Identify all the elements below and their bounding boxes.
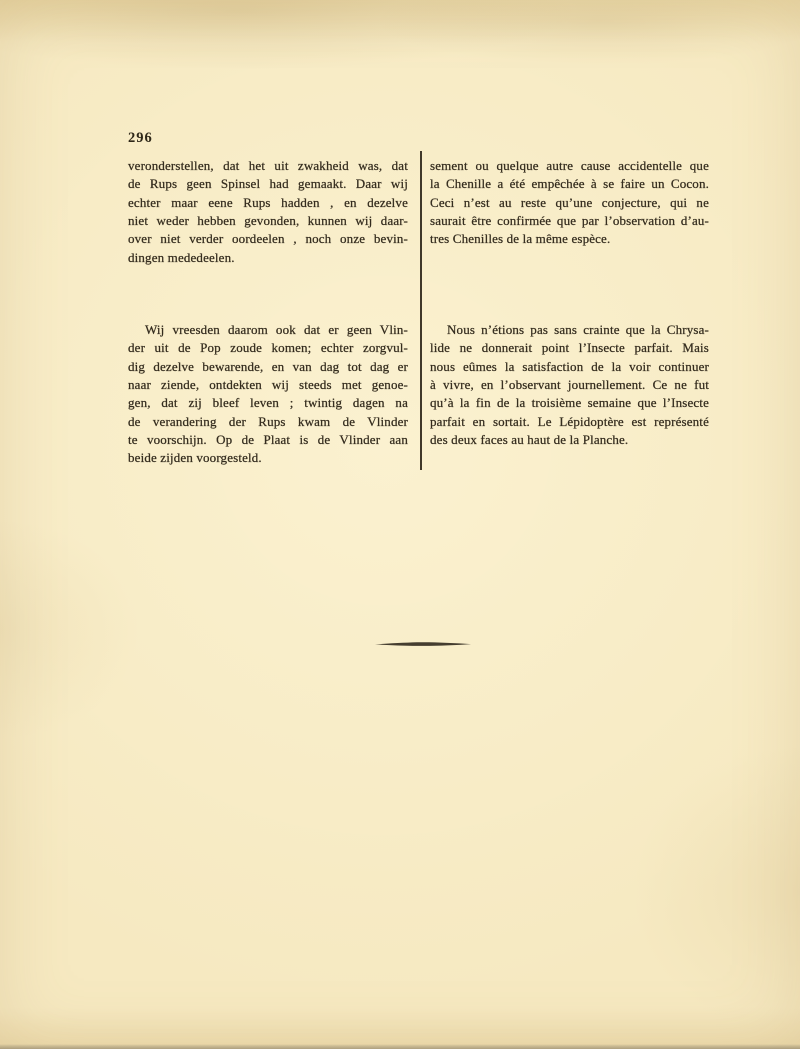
text-line: lide ne donnerait point l’Insecte parfai…	[430, 339, 709, 357]
text-line: veronderstellen, dat het uit zwakheid wa…	[128, 157, 408, 175]
text-line: saurait être confirmée que par l’observa…	[430, 212, 709, 230]
text-line: à vivre, en l’observant journellement. C…	[430, 376, 709, 394]
text-line: parfait en sortait. Le Lépidoptère est r…	[430, 413, 709, 431]
text-line: de verandering der Rups kwam de Vlinder	[128, 413, 408, 431]
text-line: der uit de Pop zoude komen; echter zorgv…	[128, 339, 408, 357]
page-number: 296	[128, 130, 153, 147]
dutch-column-paragraph-1: veronderstellen, dat het uit zwakheid wa…	[128, 157, 408, 267]
text-line: Wij vreesden daarom ook dat er geen Vlin…	[128, 321, 408, 339]
section-divider-rule	[375, 641, 471, 648]
french-column-paragraph-2: Nous n’étions pas sans crainte que la Ch…	[430, 321, 709, 449]
text-line: qu’à la fin de la troisième semaine que …	[430, 394, 709, 412]
dutch-column-paragraph-2: Wij vreesden daarom ook dat er geen Vlin…	[128, 321, 408, 468]
text-line: nous eûmes la satisfaction de la voir co…	[430, 358, 709, 376]
text-line: over niet verder oordeelen , noch onze b…	[128, 230, 408, 248]
text-line: dig dezelve bewarende, en van dag tot da…	[128, 358, 408, 376]
text-line: beide zijden voorgesteld.	[128, 449, 408, 467]
text-line: niet weder hebben gevonden, kunnen wij d…	[128, 212, 408, 230]
text-line: dingen mededeelen.	[128, 249, 408, 267]
text-line: te voorschijn. Op de Plaat is de Vlinder…	[128, 431, 408, 449]
text-line: naar ziende, ontdekten wij steeds met ge…	[128, 376, 408, 394]
french-column-paragraph-1: sement ou quelque autre cause accidentel…	[430, 157, 709, 249]
text-line: la Chenille a été empêchée à se faire un…	[430, 175, 709, 193]
text-line: de Rups geen Spinsel had gemaakt. Daar w…	[128, 175, 408, 193]
text-line: tres Chenilles de la même espèce.	[430, 230, 709, 248]
text-line: des deux faces au haut de la Planche.	[430, 431, 709, 449]
text-line: sement ou quelque autre cause accidentel…	[430, 157, 709, 175]
scanned-book-page: 296 veronderstellen, dat het uit zwakhei…	[0, 0, 800, 1049]
text-line: Ceci n’est au reste qu’une conjecture, q…	[430, 194, 709, 212]
text-line: gen, dat zij bleef leven ; twintig dagen…	[128, 394, 408, 412]
text-line: echter maar eene Rups hadden , en dezelv…	[128, 194, 408, 212]
text-line: Nous n’étions pas sans crainte que la Ch…	[430, 321, 709, 339]
page-bottom-edge	[0, 1044, 800, 1049]
column-divider-rule	[420, 151, 422, 470]
